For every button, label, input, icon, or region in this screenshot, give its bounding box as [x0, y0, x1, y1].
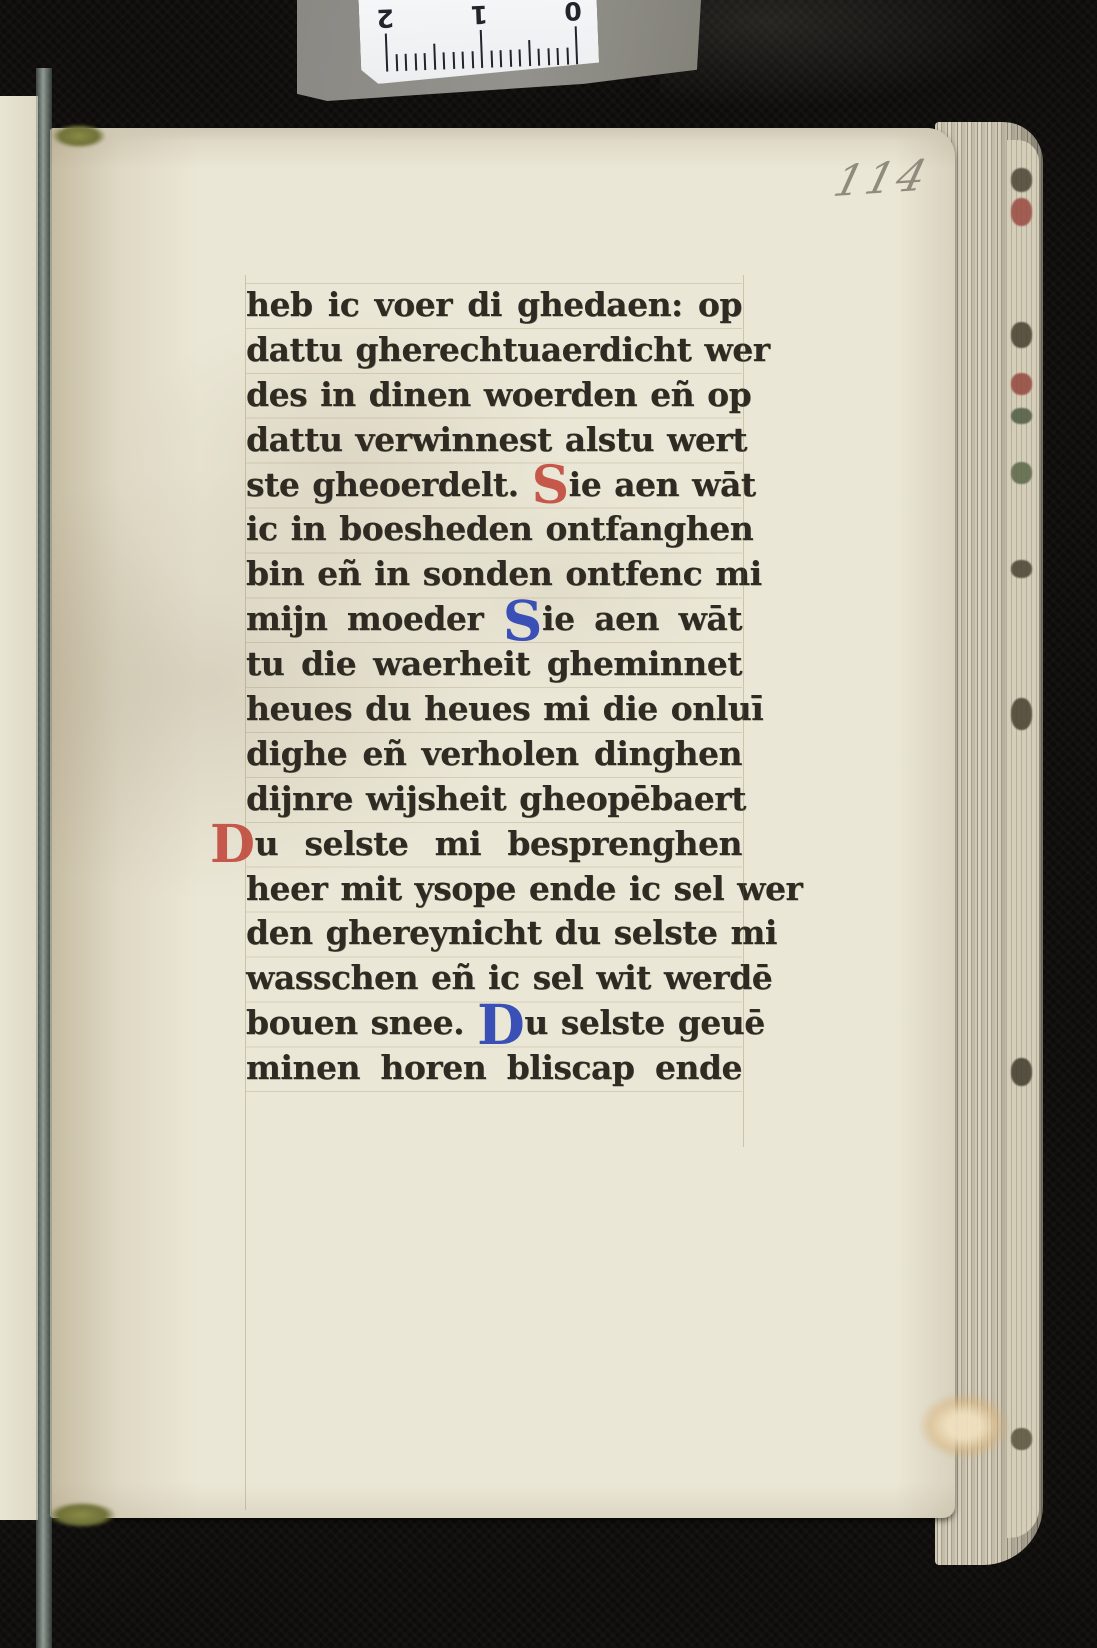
- line-text: bouen snee.: [246, 1003, 477, 1042]
- edge-paint-mark: [1011, 408, 1032, 424]
- parchment-stain: [905, 1383, 1023, 1469]
- line-text: den ghereynicht du selste mi: [246, 913, 777, 952]
- ruler-tick: [556, 48, 559, 65]
- illuminated-initial-blue: S: [503, 618, 542, 624]
- ruler-tick: [500, 50, 503, 67]
- manuscript-line: des in dinen woerden eñ op: [246, 373, 742, 418]
- manuscript-line: Du selste mi besprenghen: [246, 822, 742, 867]
- ruler-tick: [414, 53, 417, 70]
- line-text: des in dinen woerden eñ op: [246, 375, 751, 414]
- manuscript-line: bouen snee. Du selste geuē: [246, 1001, 742, 1046]
- ruler-number: 0: [563, 0, 584, 24]
- ruler-tick: [537, 49, 540, 66]
- ruler-number: 1: [469, 2, 490, 28]
- illuminated-initial-blue: D: [477, 1022, 524, 1028]
- photo-stage: 210 114 heb ic voer di ghedaen: opdattu …: [0, 0, 1097, 1648]
- line-text: mijn moeder: [246, 599, 503, 638]
- endband-tuft-bottom: [48, 1502, 116, 1528]
- line-text: dijnre wijsheit gheopēbaert: [246, 779, 746, 818]
- line-text: ste gheoerdelt.: [246, 465, 532, 504]
- ruler-tick: [462, 52, 465, 69]
- manuscript-line: ste gheoerdelt. Sie aen wāt: [246, 463, 742, 508]
- edge-paint-mark: [1011, 1058, 1032, 1086]
- ruler-tick: [405, 54, 408, 71]
- decorated-edge-strip: [1006, 140, 1039, 1538]
- line-text: minen horen bliscap ende: [246, 1048, 742, 1087]
- line-text: heues du heues mi die onluī: [246, 689, 763, 728]
- manuscript-line: bin eñ in sonden ontfenc mi: [246, 552, 742, 597]
- folio-number: 114: [829, 151, 935, 207]
- ruler-tick: [519, 49, 522, 66]
- line-text: dattu gherechtuaerdicht wer: [246, 330, 770, 369]
- shadow-haze: [660, 0, 1020, 110]
- line-text: u selste geuē: [524, 1003, 764, 1042]
- line-text: tu die waerheit gheminnet: [246, 644, 742, 683]
- illuminated-initial-red: S: [532, 483, 569, 488]
- line-text: ie aen wāt: [569, 465, 756, 504]
- line-text: heer mit ysope ende ic sel wer: [246, 869, 802, 908]
- ruler-tick: [490, 51, 493, 68]
- verso-page-sliver: [0, 96, 38, 1520]
- edge-paint-mark: [1011, 560, 1032, 578]
- edge-paint-mark: [1011, 322, 1032, 348]
- edge-paint-mark: [1011, 198, 1032, 226]
- line-text: heb ic voer di ghedaen: op: [246, 285, 742, 324]
- ruler-tick: [385, 34, 388, 72]
- manuscript-line: tu die waerheit gheminnet: [246, 642, 742, 687]
- ruler-ticks: [385, 24, 578, 71]
- manuscript-line: dattu verwinnest alstu wert: [246, 418, 742, 463]
- manuscript-line: dattu gherechtuaerdicht wer: [246, 328, 742, 373]
- line-text: ic in boesheden ontfanghen: [246, 509, 753, 548]
- ruler-tick: [509, 50, 512, 67]
- text-block: heb ic voer di ghedaen: opdattu gherecht…: [246, 283, 742, 1093]
- ruler-tick: [566, 48, 569, 65]
- manuscript-line: minen horen bliscap ende: [246, 1046, 742, 1091]
- ruler-tick: [528, 40, 531, 66]
- ruler-tick: [424, 53, 427, 70]
- ruler-tick: [471, 51, 474, 68]
- ruler-number: 2: [375, 5, 396, 31]
- line-text: u selste mi besprenghen: [255, 824, 742, 863]
- edge-paint-mark: [1011, 698, 1032, 730]
- manuscript-line: dijnre wijsheit gheopēbaert: [246, 777, 742, 822]
- line-text: dattu verwinnest alstu wert: [246, 420, 747, 459]
- ruler-tick: [547, 48, 550, 65]
- glass-strip: [36, 68, 52, 1648]
- ruler-tick: [575, 26, 578, 64]
- edge-paint-mark: [1011, 373, 1032, 395]
- ruler-tick: [395, 54, 398, 71]
- manuscript-line: heer mit ysope ende ic sel wer: [246, 867, 742, 912]
- edge-paint-mark: [1011, 462, 1032, 484]
- ruler-tick: [452, 52, 455, 69]
- illuminated-initial-red: D: [210, 842, 255, 847]
- scale-ruler: 210: [358, 0, 599, 85]
- manuscript-line: den ghereynicht du selste mi: [246, 911, 742, 956]
- ruler-tick: [443, 52, 446, 69]
- manuscript-page: 114 heb ic voer di ghedaen: opdattu gher…: [50, 128, 955, 1518]
- manuscript-line: heues du heues mi die onluī: [246, 687, 742, 732]
- line-text: ie aen wāt: [542, 599, 742, 638]
- manuscript-line: mijn moeder Sie aen wāt: [246, 597, 742, 642]
- endband-tuft-top: [52, 124, 106, 148]
- ruler-tick: [433, 44, 436, 70]
- page-top-edge: [60, 128, 940, 141]
- edge-paint-mark: [1011, 168, 1032, 192]
- manuscript-line: ic in boesheden ontfanghen: [246, 507, 742, 552]
- ruler-tick: [480, 30, 483, 68]
- manuscript-line: heb ic voer di ghedaen: op: [246, 283, 742, 328]
- manuscript-line: dighe eñ verholen dinghen: [246, 732, 742, 777]
- line-text: dighe eñ verholen dinghen: [246, 734, 742, 773]
